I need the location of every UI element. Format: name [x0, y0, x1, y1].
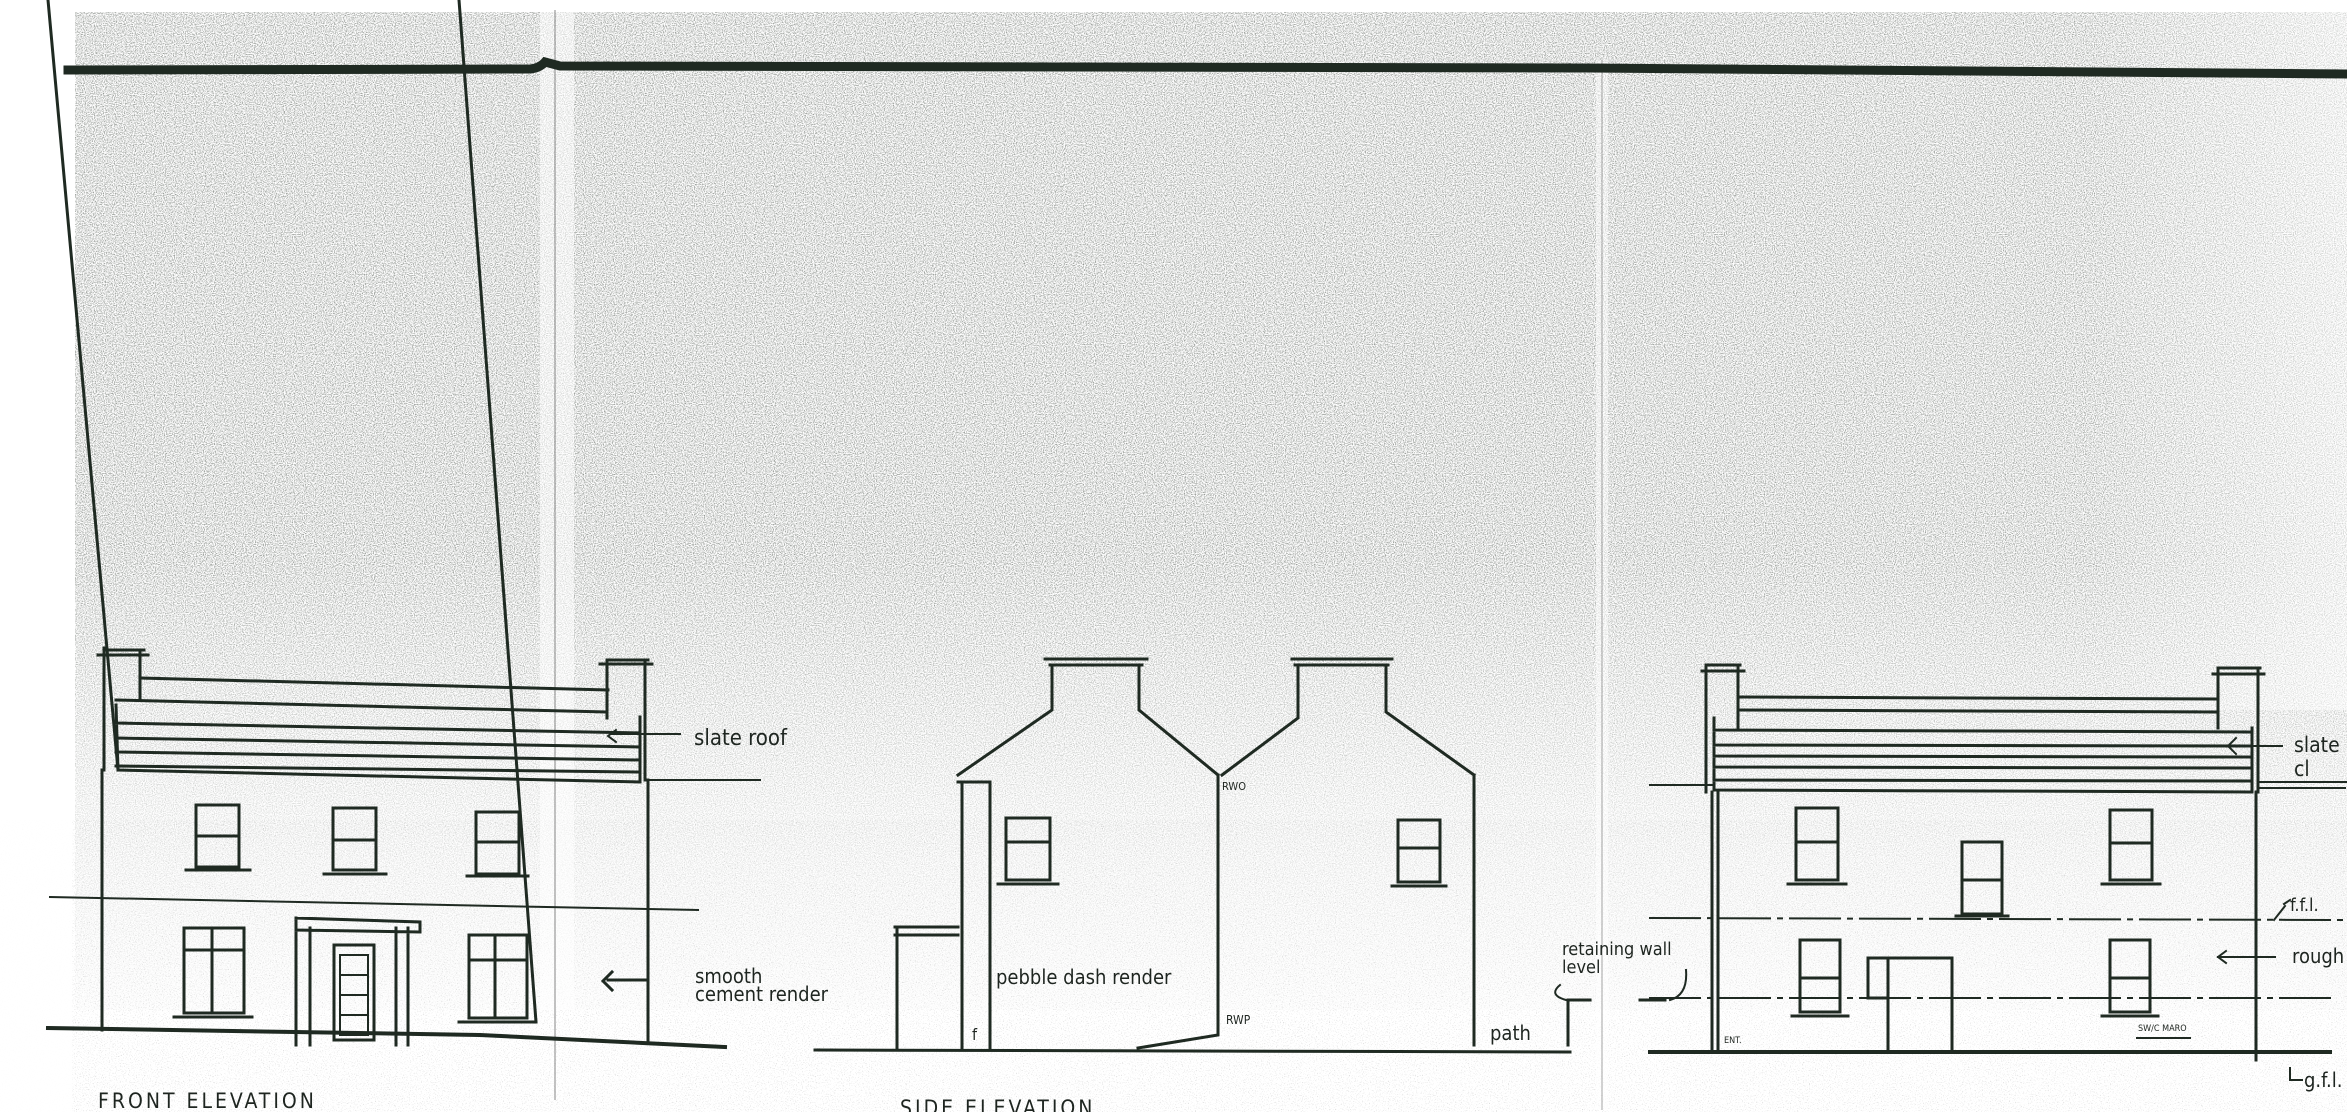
label-rwp: RWP — [1226, 1013, 1251, 1027]
elevation-drawing-sheet: slate roof smooth cement render FRONT EL… — [0, 0, 2347, 1112]
label-note: SW/C MARO — [2138, 1024, 2187, 1034]
label-ffl: f.f.l. — [2290, 895, 2319, 916]
label-path: path — [1490, 1021, 1531, 1045]
label-rear-slate: slate — [2294, 733, 2340, 757]
label-rwo: RWO — [1222, 780, 1246, 793]
label-rear-cl: cl — [2294, 757, 2310, 781]
label-ent: ENT. — [1724, 1036, 1742, 1046]
title-side-elevation: SIDE ELEVATION — [900, 1096, 1095, 1112]
title-front-elevation: FRONT ELEVATION — [98, 1089, 317, 1112]
label-gfl: g.f.l. — [2304, 1068, 2342, 1092]
label-level: level — [1562, 957, 1601, 978]
label-rough: rough — [2292, 944, 2344, 968]
label-pebble-dash-render: pebble dash render — [996, 965, 1172, 989]
label-cement-render: cement render — [695, 982, 829, 1006]
label-slate-roof: slate roof — [694, 726, 788, 751]
